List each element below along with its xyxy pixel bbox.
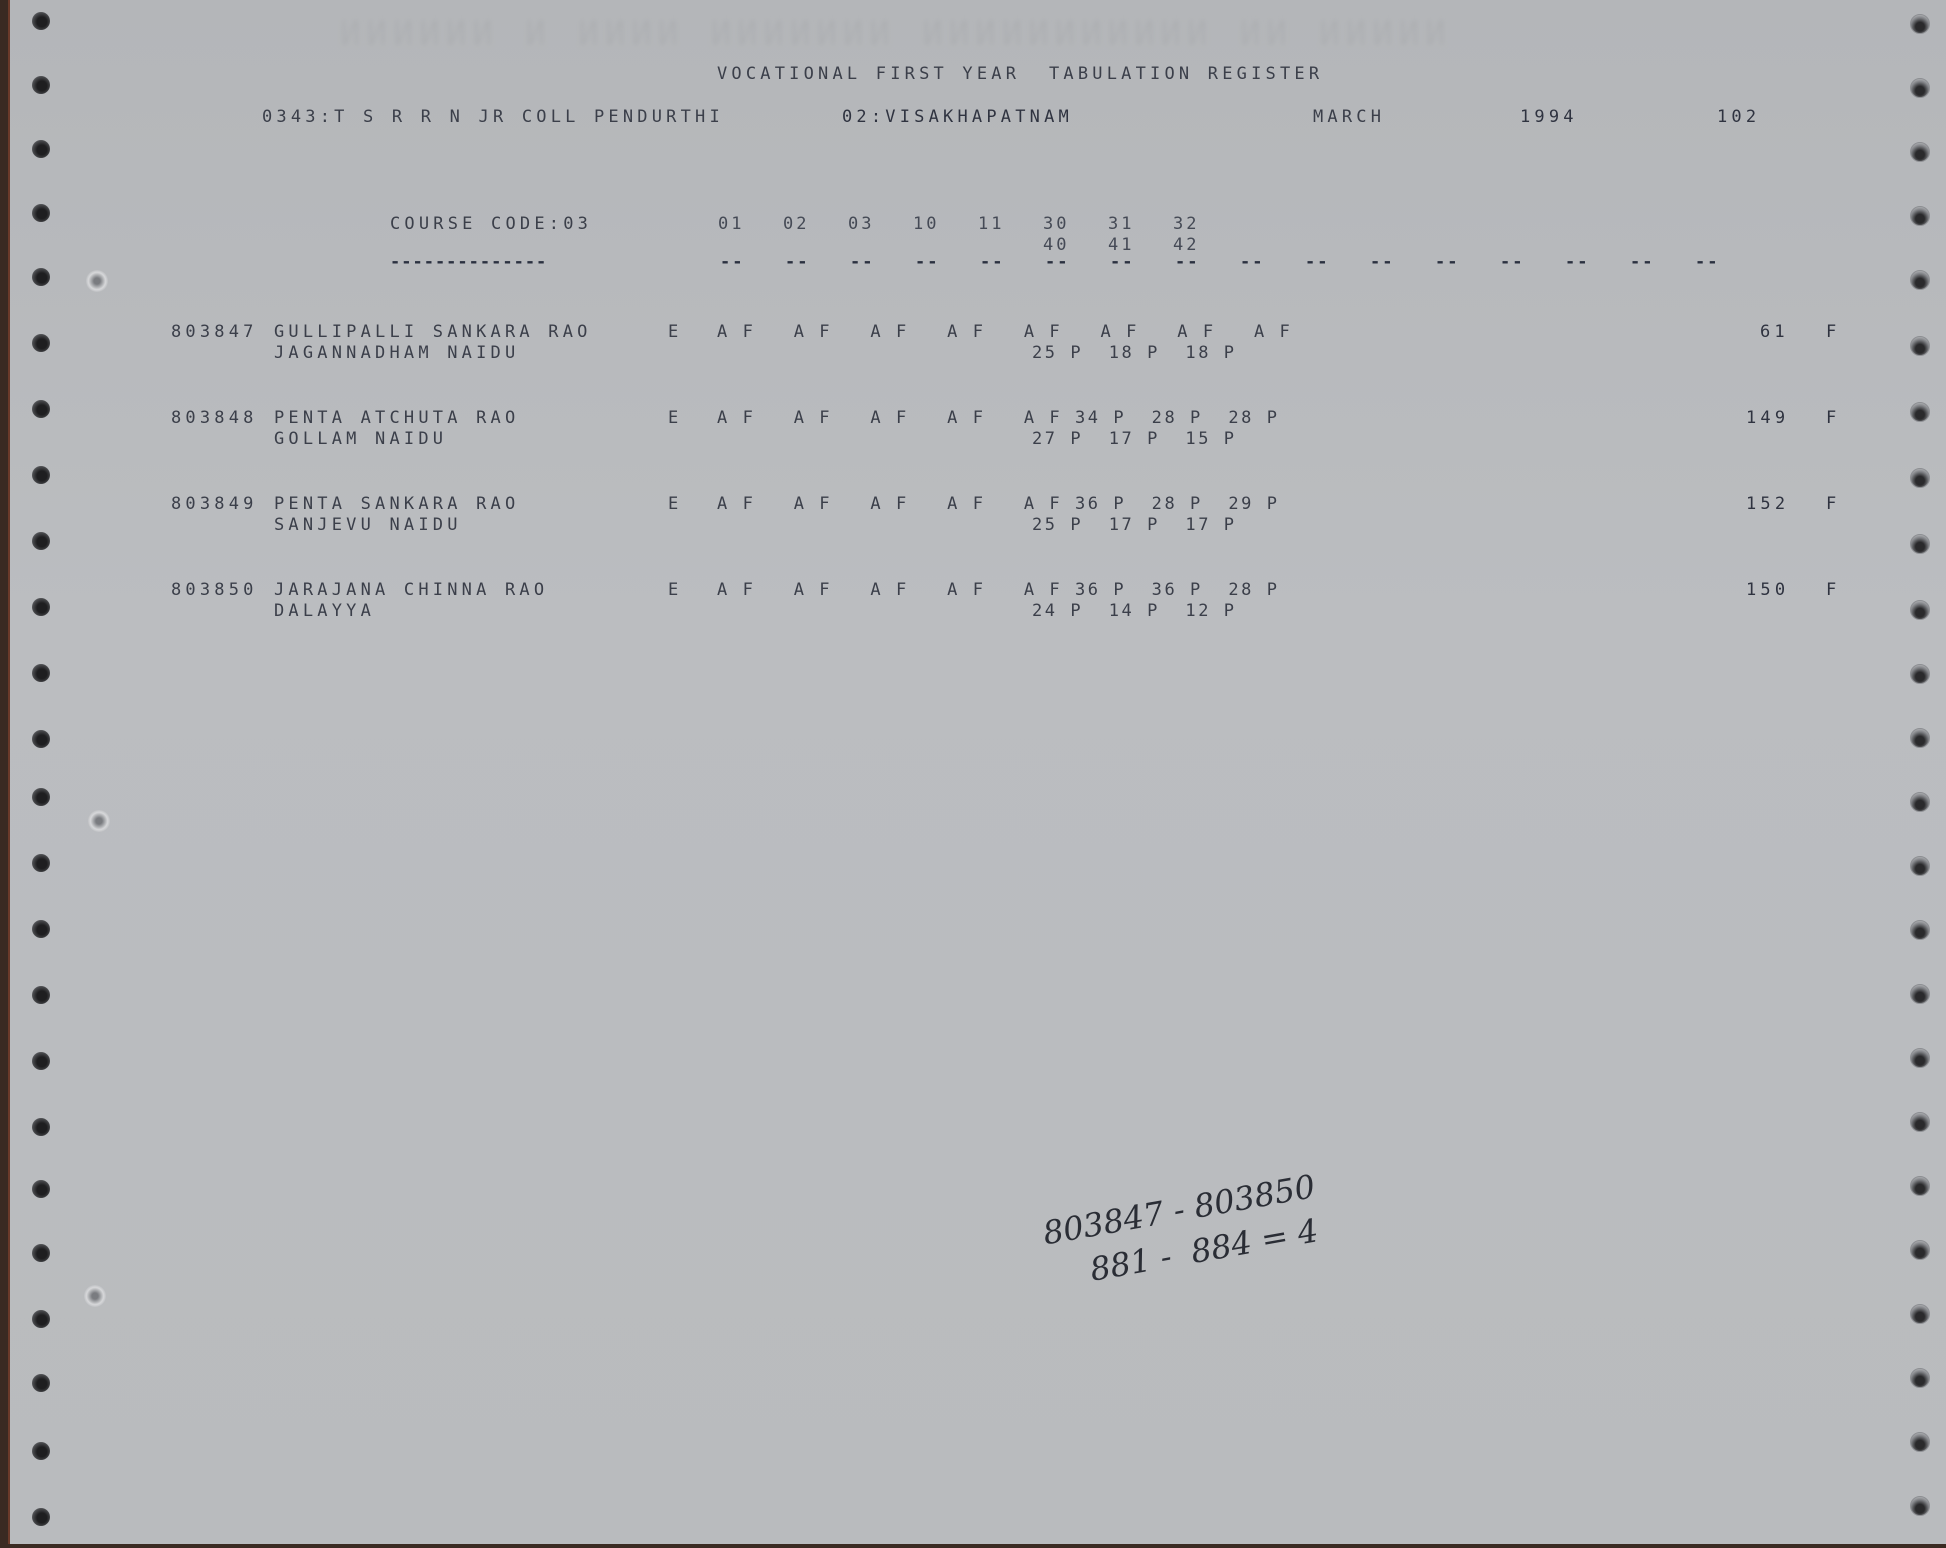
total-marks: 149 xyxy=(1746,408,1789,428)
medium: E xyxy=(668,408,682,428)
course-code-underline: -------------- xyxy=(390,252,547,272)
column-dash: -- xyxy=(720,252,744,272)
exam-month: MARCH xyxy=(1313,107,1385,127)
result: F xyxy=(1826,580,1840,600)
student-name: PENTA SANKARA RAO xyxy=(274,494,519,514)
sprocket-hole-icon xyxy=(1910,206,1930,226)
sprocket-hole-icon xyxy=(32,730,50,748)
marks-line-2: 24 P 14 P 12 P xyxy=(1032,601,1237,621)
sprocket-hole-icon xyxy=(1910,142,1930,162)
sprocket-hole-icon xyxy=(32,1442,50,1460)
column-dash: -- xyxy=(1565,252,1589,272)
column-dash: -- xyxy=(1045,252,1069,272)
show-through-text: ИИИИИИ И ИИИИ ИИИИИИИ ИИИИИИИИИИИ ИИ ИИИ… xyxy=(340,14,1660,54)
sprocket-hole-icon xyxy=(32,664,50,682)
subject-code: 11 xyxy=(978,214,1004,234)
subject-code: 02 xyxy=(783,214,809,234)
hall-ticket-number: 803847 xyxy=(171,322,258,342)
sprocket-hole-icon xyxy=(32,1310,50,1328)
sprocket-hole-icon xyxy=(1910,1304,1930,1324)
subject-code: 31 xyxy=(1108,214,1134,234)
column-dash: -- xyxy=(980,252,1004,272)
column-dash: -- xyxy=(850,252,874,272)
column-dash: -- xyxy=(1110,252,1134,272)
paper-tear-mark xyxy=(86,270,108,292)
subject-code: 32 xyxy=(1173,214,1199,234)
father-name: DALAYYA xyxy=(274,601,375,621)
marks-line-2: 27 P 17 P 15 P xyxy=(1032,429,1237,449)
student-record: 803850 JARAJANA CHINNA RAO DALAYYA E A F… xyxy=(10,580,1946,624)
sprocket-hole-icon xyxy=(1910,984,1930,1004)
student-record: 803847 GULLIPALLI SANKARA RAO JAGANNADHA… xyxy=(10,322,1946,366)
total-marks: 152 xyxy=(1746,494,1789,514)
sprocket-hole-icon xyxy=(32,268,50,286)
medium: E xyxy=(668,322,682,342)
column-dash: -- xyxy=(1630,252,1654,272)
hall-ticket-number: 803850 xyxy=(171,580,258,600)
column-dash: -- xyxy=(1435,252,1459,272)
sprocket-hole-icon xyxy=(32,1180,50,1198)
sprocket-hole-icon xyxy=(1910,1176,1930,1196)
sprocket-hole-icon xyxy=(1910,14,1930,34)
medium: E xyxy=(668,580,682,600)
subject-code: 10 xyxy=(913,214,939,234)
subject-code: 03 xyxy=(848,214,874,234)
total-marks: 61 xyxy=(1760,322,1789,342)
sprocket-hole-icon xyxy=(32,788,50,806)
student-record: 803849 PENTA SANKARA RAO SANJEVU NAIDU E… xyxy=(10,494,1946,538)
hall-ticket-number: 803849 xyxy=(171,494,258,514)
college-code-name: 0343:T S R R N JR COLL PENDURTHI xyxy=(262,107,724,127)
district: 02:VISAKHAPATNAM xyxy=(842,107,1073,127)
sprocket-hole-icon xyxy=(1910,1048,1930,1068)
sprocket-hole-icon xyxy=(32,1508,50,1526)
father-name: SANJEVU NAIDU xyxy=(274,515,462,535)
course-code-label: COURSE CODE:03 xyxy=(390,214,592,234)
sprocket-hole-icon xyxy=(1910,1496,1930,1516)
paper-tear-mark xyxy=(84,1285,106,1307)
medium: E xyxy=(668,494,682,514)
marks-line-1: A F A F A F A F A F 36 P 28 P 29 P xyxy=(717,494,1280,514)
sprocket-hole-icon xyxy=(1910,792,1930,812)
page-number: 102 xyxy=(1717,107,1760,127)
sprocket-hole-icon xyxy=(32,466,50,484)
sprocket-hole-icon xyxy=(1910,468,1930,488)
column-dash: -- xyxy=(1305,252,1329,272)
sprocket-hole-icon xyxy=(1910,728,1930,748)
column-dash: -- xyxy=(1175,252,1199,272)
column-dash: -- xyxy=(1240,252,1264,272)
column-dash: -- xyxy=(1370,252,1394,272)
sprocket-hole-icon xyxy=(1910,1112,1930,1132)
register-title: VOCATIONAL FIRST YEAR TABULATION REGISTE… xyxy=(717,64,1323,84)
sprocket-hole-icon xyxy=(1910,920,1930,940)
column-dash: -- xyxy=(1500,252,1524,272)
sprocket-hole-icon xyxy=(1910,1368,1930,1388)
father-name: JAGANNADHAM NAIDU xyxy=(274,343,519,363)
sprocket-hole-icon xyxy=(32,12,50,30)
sprocket-hole-icon xyxy=(32,920,50,938)
subject-code: 30 xyxy=(1043,214,1069,234)
sprocket-hole-icon xyxy=(1910,856,1930,876)
exam-year: 1994 xyxy=(1520,107,1578,127)
result: F xyxy=(1826,322,1840,342)
marks-line-1: A F A F A F A F A F 34 P 28 P 28 P xyxy=(717,408,1280,428)
marks-line-1: A F A F A F A F A F A F A F A F xyxy=(717,322,1292,342)
sprocket-hole-icon xyxy=(1910,664,1930,684)
total-marks: 150 xyxy=(1746,580,1789,600)
result: F xyxy=(1826,494,1840,514)
student-name: JARAJANA CHINNA RAO xyxy=(274,580,548,600)
sprocket-hole-icon xyxy=(32,1244,50,1262)
student-record: 803848 PENTA ATCHUTA RAO GOLLAM NAIDU E … xyxy=(10,408,1946,452)
student-name: GULLIPALLI SANKARA RAO xyxy=(274,322,592,342)
hall-ticket-number: 803848 xyxy=(171,408,258,428)
tabulation-register-page: ИИИИИИ И ИИИИ ИИИИИИИ ИИИИИИИИИИИ ИИ ИИИ… xyxy=(8,0,1946,1544)
sprocket-hole-icon xyxy=(32,1052,50,1070)
paper-tear-mark xyxy=(88,810,110,832)
sprocket-hole-icon xyxy=(32,854,50,872)
sprocket-hole-icon xyxy=(1910,270,1930,290)
sprocket-hole-icon xyxy=(32,1374,50,1392)
column-dash: -- xyxy=(785,252,809,272)
sprocket-hole-icon xyxy=(32,1118,50,1136)
column-dash: -- xyxy=(1695,252,1719,272)
column-dash: -- xyxy=(915,252,939,272)
marks-line-1: A F A F A F A F A F 36 P 36 P 28 P xyxy=(717,580,1280,600)
sprocket-hole-icon xyxy=(32,204,50,222)
marks-line-2: 25 P 17 P 17 P xyxy=(1032,515,1237,535)
sprocket-hole-icon xyxy=(1910,78,1930,98)
result: F xyxy=(1826,408,1840,428)
sprocket-hole-icon xyxy=(1910,1240,1930,1260)
student-name: PENTA ATCHUTA RAO xyxy=(274,408,519,428)
father-name: GOLLAM NAIDU xyxy=(274,429,447,449)
sprocket-hole-icon xyxy=(1910,1432,1930,1452)
sprocket-hole-icon xyxy=(32,140,50,158)
marks-line-2: 25 P 18 P 18 P xyxy=(1032,343,1237,363)
sprocket-hole-icon xyxy=(32,986,50,1004)
sprocket-hole-icon xyxy=(32,76,50,94)
subject-code: 01 xyxy=(718,214,744,234)
